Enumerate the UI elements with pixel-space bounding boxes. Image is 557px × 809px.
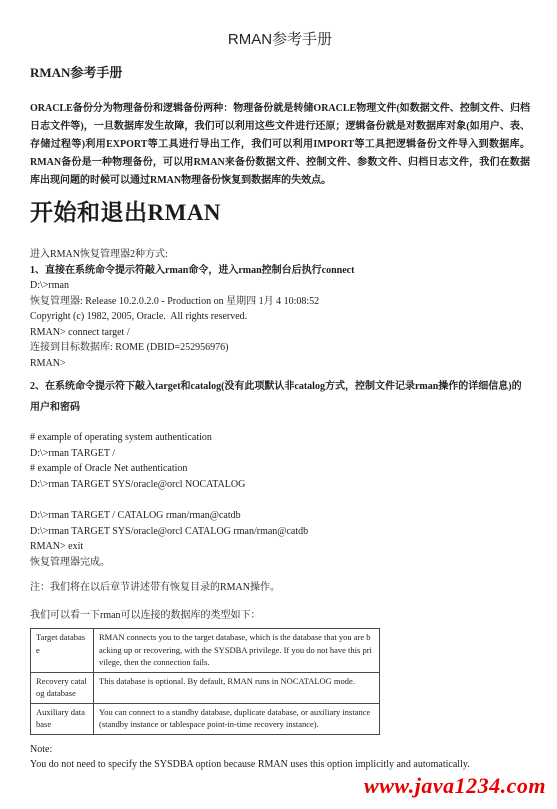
text-line-method-2: 2、在系统命令提示符下敲入target和catalog(没有此项默认非catal… [30, 376, 530, 418]
text-line-manager-done: 恢复管理器完成。 [30, 555, 530, 571]
code-line-catalog-2: D:\>rman TARGET SYS/oracle@orcl CATALOG … [30, 524, 530, 540]
db-type-term-cell: Recovery catalog database [31, 672, 94, 703]
table-row: Recovery catalog database This database … [31, 672, 380, 703]
table-row: Auxiliary database You can connect to a … [31, 703, 380, 734]
doc-heading: RMAN参考手册 [30, 65, 530, 80]
code-line-copyright: Copyright (c) 1982, 2005, Oracle. All ri… [30, 309, 530, 325]
code-line-connected-db: 连接到目标数据库: ROME (DBID=252956976) [30, 340, 530, 356]
code-line-connect-target: RMAN> connect target / [30, 325, 530, 341]
table-row: Target database RMAN connects you to the… [31, 629, 380, 673]
db-type-term-cell: Target database [31, 629, 94, 673]
code-line-nocatalog: D:\>rman TARGET SYS/oracle@orcl NOCATALO… [30, 477, 530, 493]
section-body: 进入RMAN恢复管理器2种方式: 1、直接在系统命令提示符敲入rman命令，进入… [30, 247, 530, 623]
db-type-desc-cell: This database is optional. By default, R… [94, 672, 380, 703]
watermark-link[interactable]: www.java1234.com [364, 773, 546, 799]
code-line-exit: RMAN> exit [30, 539, 530, 555]
db-type-desc-cell: You can connect to a standby database, d… [94, 703, 380, 734]
code-line-rman-prompt-2: RMAN> [30, 356, 530, 372]
note-text: You do not need to specify the SYSDBA op… [30, 757, 530, 773]
intro-paragraph: ORACLE备份分为物理备份和逻辑备份两种：物理备份就是转储ORACLE物理文件… [30, 100, 530, 190]
page-title: RMAN参考手册 [30, 31, 530, 49]
code-comment-net-auth: # example of Oracle Net authentication [30, 461, 530, 477]
text-line-intro-methods: 进入RMAN恢复管理器2种方式: [30, 247, 530, 263]
note-label: Note: [30, 742, 530, 758]
db-types-table: Target database RMAN connects you to the… [30, 628, 380, 735]
code-line-rman-prompt: D:\>rman [30, 278, 530, 294]
code-comment-os-auth: # example of operating system authentica… [30, 430, 530, 446]
section-heading: 开始和退出RMAN [30, 200, 530, 226]
document-page: RMAN参考手册 RMAN参考手册 ORACLE备份分为物理备份和逻辑备份两种：… [0, 0, 557, 809]
text-line-note-future: 注：我们将在以后章节讲述带有恢复目录的RMAN操作。 [30, 580, 530, 596]
code-line-release-banner: 恢复管理器: Release 10.2.0.2.0 - Production o… [30, 294, 530, 310]
db-type-term-cell: Auxiliary database [31, 703, 94, 734]
code-line-catalog-1: D:\>rman TARGET / CATALOG rman/rman@catd… [30, 508, 530, 524]
code-line-target-slash: D:\>rman TARGET / [30, 446, 530, 462]
text-line-db-types-intro: 我们可以看一下rman可以连接的数据库的类型如下： [30, 608, 530, 624]
db-type-desc-cell: RMAN connects you to the target database… [94, 629, 380, 673]
text-line-method-1: 1、直接在系统命令提示符敲入rman命令，进入rman控制台后执行connect [30, 263, 530, 279]
